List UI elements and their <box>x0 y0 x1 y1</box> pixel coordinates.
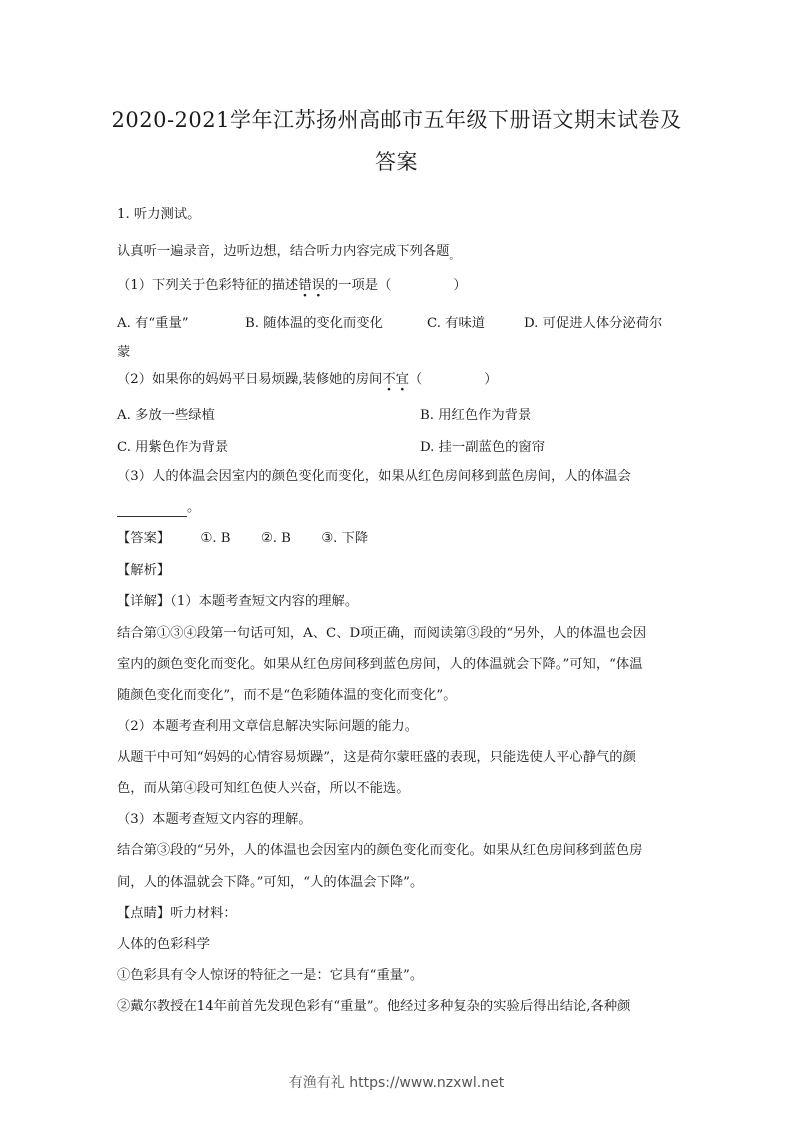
detail-p2-line: 色，而从第④段可知红色使人兴奋，所以不能选。 <box>117 780 410 798</box>
answer-label: 【答案】 <box>117 531 170 546</box>
footer-watermark: 有渔有礼 https://www.nzxwl.net <box>0 1072 793 1092</box>
detail-p1-line: 室内的颜色变化而变化。如果从红色房间移到蓝色房间，人的体温就会下降。”可知，“体… <box>117 656 643 674</box>
question-instruction: 认真听一遍录音，边听边想，结合听力内容完成下列各题。 <box>117 243 459 266</box>
close-paren: ） <box>484 372 497 387</box>
answer-item: ①. B <box>200 531 230 546</box>
fill-blank-line <box>117 503 187 517</box>
emphasis-char: 不 <box>382 372 395 387</box>
document-title-line2: 答案 <box>0 146 793 176</box>
option-a: A. 有“重量” <box>117 312 189 331</box>
option-b: B. 用红色作为背景 <box>420 404 531 423</box>
answer-item: ②. B <box>261 531 291 546</box>
detail-label: 【详解】 <box>117 594 170 609</box>
option-c: C. 有味道 <box>427 312 485 331</box>
detail-p1-line: 结合第①③④段第一句话可知，A、C、D项正确，而阅读第③段的“另外，人的体温也会… <box>117 625 646 643</box>
detail-head: 【详解】（1）本题考查短文内容的理解。 <box>117 593 358 611</box>
detail-p2-head: （2）本题考查利用文章信息解决实际问题的能力。 <box>117 718 418 736</box>
document-title-line1: 2020-2021学年江苏扬州高邮市五年级下册语文期末试卷及 <box>0 104 793 134</box>
sub-question-3: （3）人的体温会因室内的颜色变化而变化，如果从红色房间移到蓝色房间，人的体温会 <box>117 468 631 486</box>
sub-question-1: （1）下列关于色彩特征的描述错误的一项是（） <box>117 277 467 295</box>
option-d-wrap: 蒙 <box>117 344 130 362</box>
emphasis-char: 宜 <box>396 372 409 387</box>
detail-p3-line: 间，人的体温就会下降。”可知，“人的体温会下降”。 <box>117 874 423 892</box>
instruction-text: 认真听一遍录音，边听边想，结合听力内容完成下列各题 <box>117 244 449 259</box>
option-a: A. 多放一些绿植 <box>117 404 215 423</box>
sub-question-3-blank: 。 <box>117 499 200 517</box>
emphasis-char: 误 <box>312 278 325 293</box>
answer-row: 【答案】 ①. B ②. B ③. 下降 <box>117 530 368 548</box>
tip-label: 【点睛】 <box>117 906 170 921</box>
detail-p1-line: 随颜色变化而变化”，而不是“色彩随体温的变化而变化”。 <box>117 687 457 705</box>
analysis-label: 【解析】 <box>117 562 170 580</box>
sub-question-3-end: 。 <box>187 500 200 515</box>
emphasis-char: 错 <box>298 278 311 293</box>
tip-row: 【点睛】听力材料： <box>117 905 237 923</box>
sub-question-2-prefix: （2）如果你的妈妈平日易烦躁,装修她的房间 <box>117 372 382 387</box>
answer-item: ③. 下降 <box>321 531 368 546</box>
close-paren: ） <box>453 278 466 293</box>
sub-question-2-suffix: （ <box>409 372 422 387</box>
detail-p1-head: （1）本题考查短文内容的理解。 <box>170 594 358 609</box>
material-line: ①色彩具有令人惊讶的特征之一是：它具有“重量”。 <box>117 967 423 985</box>
detail-p2-line: 从题干中可知“妈妈的心情容易烦躁”，这是荷尔蒙旺盛的表现，只能选使人平心静气的颜 <box>117 749 636 767</box>
sub-question-1-prefix: （1）下列关于色彩特征的描述 <box>117 278 298 293</box>
option-b: B. 随体温的变化而变化 <box>245 312 383 331</box>
detail-p3-line: 结合第③段的“另外，人的体温也会因室内的颜色变化而变化。如果从红色房间移到蓝色房 <box>117 842 642 860</box>
option-d: D. 可促进人体分泌荷尔 <box>524 312 662 331</box>
option-d: D. 挂一副蓝色的窗帘 <box>420 436 545 455</box>
sub-question-2: （2）如果你的妈妈平日易烦躁,装修她的房间不宜（） <box>117 371 498 389</box>
instruction-end: 。 <box>449 251 459 262</box>
material-line: ②戴尔教授在14年前首先发现色彩有“重量”。他经过多种复杂的实验后得出结论,各种… <box>117 998 630 1016</box>
option-c: C. 用紫色作为背景 <box>117 436 228 455</box>
material-title: 人体的色彩科学 <box>117 936 210 954</box>
question-heading: 1. 听力测试。 <box>117 206 200 224</box>
tip-text: 听力材料： <box>170 906 236 921</box>
detail-p3-head: （3）本题考查短文内容的理解。 <box>117 811 312 829</box>
sub-question-1-suffix: 的一项是（ <box>325 278 391 293</box>
